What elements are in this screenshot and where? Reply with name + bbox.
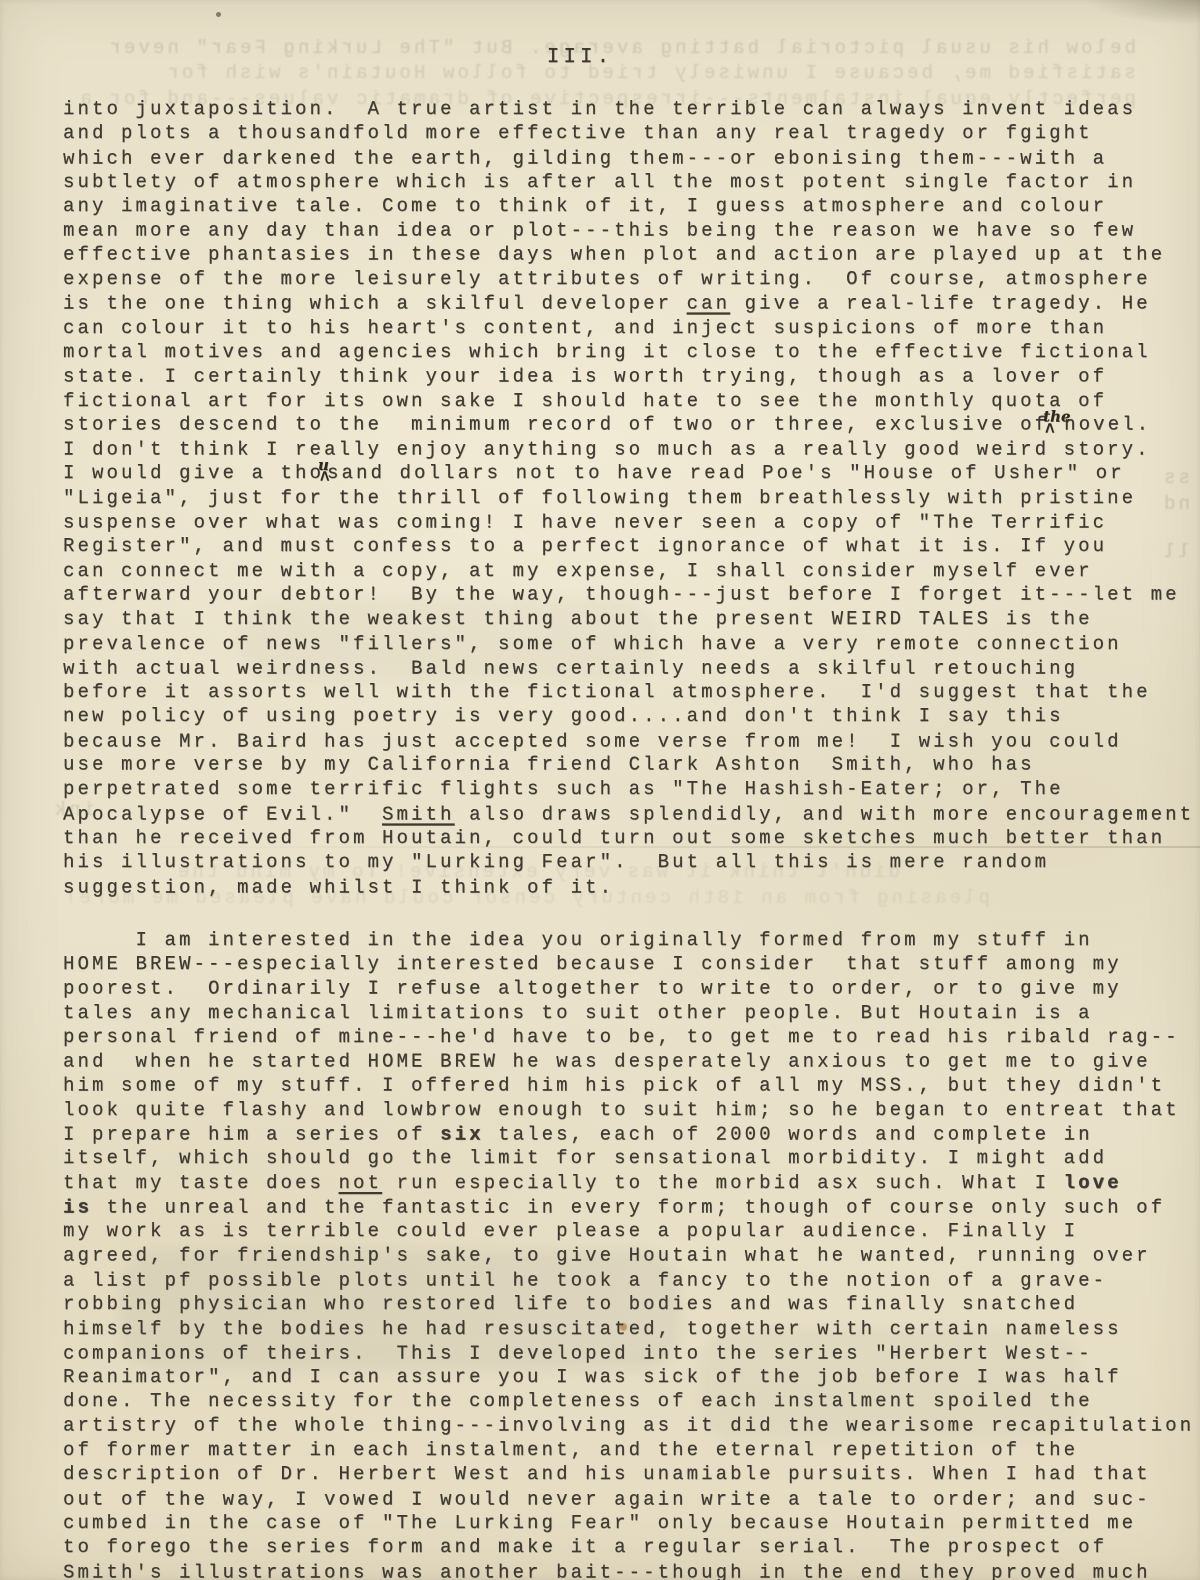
letter-text-segment: run especially to the morbid asx such. W… [382,1172,1064,1194]
letter-line: cumbed in the case of "The Lurking Fear"… [63,1511,1200,1535]
letter-text-segment: Smith [382,803,455,825]
letter-line: because Mr. Baird has just accepted some… [63,729,1200,753]
letter-text-segment: I prepare him a series of [63,1124,440,1146]
letter-line: of former matter in each instalment, and… [63,1438,1200,1462]
page-number-heading: III. [0,46,1160,69]
letter-text-segment: Apocalypse of Evil." [63,803,382,825]
scanned-letter-page: { "page": { "heading": "III.", "paper_co… [0,0,1200,1580]
letter-line: fictional art for its own sake I should … [63,389,1200,413]
letter-line: companions of theirs. This I developed i… [63,1341,1200,1365]
letter-text-segment: that my taste does [63,1172,339,1194]
letter-line: say that I think the weakest thing about… [63,607,1200,631]
letter-line: into juxtaposition. A true artist in the… [63,97,1200,121]
letter-line: state. I certainly think your idea is wo… [63,365,1200,389]
letter-line: expense of the more leisurely attributes… [63,267,1200,291]
letter-line: tales any mechanical limitations to suit… [63,1001,1200,1025]
letter-line: robbing physician who restored life to b… [63,1292,1200,1316]
letter-text-segment: is [63,1196,92,1218]
letter-line: is the one thing which a skilful develop… [63,292,1200,316]
letter-line: look quite flashy and lowbrow enough to … [63,1098,1200,1122]
letter-line: can colour it to his heart's content, an… [63,316,1200,340]
letter-paragraph-1: into juxtaposition. A true artist in the… [63,97,1200,899]
letter-text-segment: the unreal and the fantastic in every fo… [92,1196,1165,1218]
letter-line: mortal motives and agencies which bring … [63,340,1200,364]
letter-line: himself by the bodies he had resuscitate… [63,1317,1200,1341]
letter-line: suggestion, made whilst I think of it. [63,875,1200,899]
letter-line: afterward your debtor! By the way, thoug… [63,583,1200,607]
letter-line: than he received from Houtain, could tur… [63,826,1200,850]
letter-line: with actual weirdness. Bald news certain… [63,656,1200,680]
letter-line: HOME BREW---especially interested becaus… [63,952,1200,976]
letter-line: mean more any day than idea or plot---th… [63,219,1200,243]
letter-text-segment: tales, each of 2000 words and complete i… [484,1124,1093,1146]
letter-line: to forego the series form and make it a … [63,1535,1200,1559]
letter-line: and plots a thousandfold more effective … [63,121,1200,145]
letter-line: I would give a thou^sand dollars not to … [63,461,1200,485]
letter-text-segment: I would give a tho [63,462,324,484]
letter-text-segment: stories descend to the minimum record of… [63,414,1049,436]
letter-line: before it assorts well with the fictiona… [63,680,1200,704]
letter-text-segment: love [1064,1172,1122,1194]
letter-line: I prepare him a series of six tales, eac… [63,1123,1200,1147]
letter-line: and when he started HOME BREW he was des… [63,1050,1200,1074]
letter-paragraph-2: I am interested in the idea you original… [63,928,1200,1580]
letter-line: perpetrated some terrific flights such a… [63,777,1200,801]
letter-line: him some of my stuff. I offered him his … [63,1073,1200,1097]
letter-text-segment: novel. [1064,414,1151,436]
handwritten-insert: u^ [324,477,327,478]
ink-speck [216,12,221,17]
letter-line: any imaginative tale. Come to think of i… [63,194,1200,218]
letter-line: his illustrations to my "Lurking Fear". … [63,850,1200,874]
letter-line: agreed, for friendship's sake, to give H… [63,1243,1200,1267]
letter-line: description of Dr. Herbert West and his … [63,1462,1200,1486]
letter-line: which ever darkened the earth, gilding t… [63,146,1200,170]
letter-line: subtlety of atmosphere which is after al… [63,170,1200,194]
letter-line: stories descend to the minimum record of… [63,413,1200,437]
letter-text-segment: give a real-life tragedy. He [730,293,1151,315]
letter-line: suspense over what was coming! I have ne… [63,510,1200,534]
letter-line: Smith's illustrations was another bait--… [63,1560,1200,1580]
caret-mark: ^ [320,466,330,498]
letter-line: I am interested in the idea you original… [63,928,1200,952]
letter-text-segment: also draws splendidly, and with more enc… [455,803,1195,825]
letter-line: artistry of the whole thing---involving … [63,1413,1200,1437]
letter-body: into juxtaposition. A true artist in the… [63,97,1200,1580]
corner-shadow [1030,0,1200,40]
letter-line: is the unreal and the fantastic in every… [63,1195,1200,1219]
letter-line: Apocalypse of Evil." Smith also draws sp… [63,802,1200,826]
letter-line: out of the way, I vowed I would never ag… [63,1487,1200,1511]
letter-text-segment: can [687,293,731,315]
letter-line: new policy of using poetry is very good.… [63,704,1200,728]
letter-line: poorest. Ordinarily I refuse altogether … [63,977,1200,1001]
handwritten-insert: the^ [1049,429,1064,430]
letter-line: itself, which should go the limit for se… [63,1146,1200,1170]
letter-text-segment: is the one thing which a skilful develop… [63,293,687,315]
letter-line: I don't think I really enjoy anything so… [63,438,1200,462]
letter-line: Register", and must confess to a perfect… [63,534,1200,558]
letter-line: my work as is terrible could ever please… [63,1219,1200,1243]
letter-line: can connect me with a copy, at my expens… [63,559,1200,583]
letter-line: that my taste does not run especially to… [63,1171,1200,1195]
letter-line: a list pf possible plots until he took a… [63,1268,1200,1292]
letter-line: Reanimator", and I can assure you I was … [63,1365,1200,1389]
letter-line: prevalence of news "fillers", some of wh… [63,632,1200,656]
letter-line: personal friend of mine---he'd have to b… [63,1025,1200,1049]
letter-line: effective phantasies in these days when … [63,242,1200,266]
letter-text-segment: not [339,1172,383,1194]
letter-line: "Ligeia", just for the thrill of followi… [63,486,1200,510]
letter-line: use more verse by my California friend C… [63,753,1200,777]
letter-text-segment: sand dollars not to have read Poe's "Hou… [327,462,1125,484]
letter-line: done. The necessity for the completeness… [63,1389,1200,1413]
letter-text-segment: six [440,1124,484,1146]
